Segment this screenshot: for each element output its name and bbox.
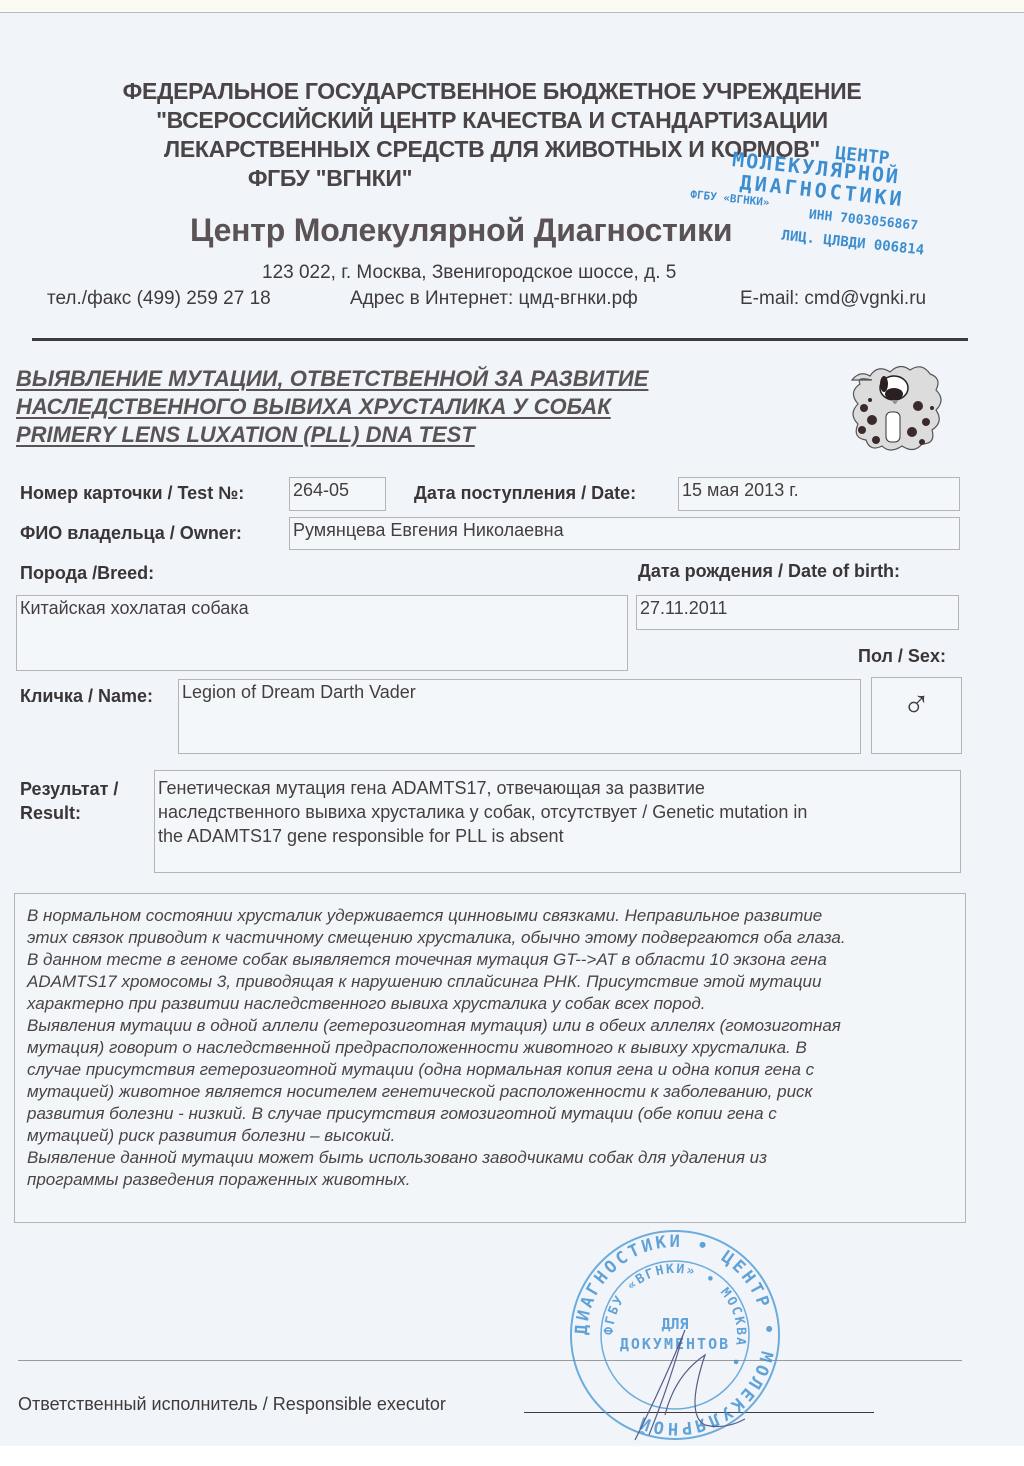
info-line: Выявления мутации в одной аллели (гетеро…: [27, 1016, 841, 1036]
footer-divider: [18, 1360, 962, 1361]
scan-top-edge: [0, 0, 1024, 13]
result-label-2: Result:: [20, 803, 81, 824]
org-line-4: ФГБУ "ВГНКИ": [0, 165, 660, 192]
info-line: Выявление данной мутации может быть испо…: [27, 1148, 767, 1168]
center-stamp: ЦЕНТР МОЛЕКУЛЯРНОЙ ДИАГНОСТИКИ ФГБУ «ВГН…: [690, 140, 960, 270]
header-divider: [32, 338, 968, 341]
round-stamp: ДИАГНОСТИКИ • ЦЕНТР • МОЛЕКУЛЯРНОЙ ФГБУ …: [565, 1225, 785, 1445]
test-no-label: Номер карточки / Test №:: [20, 483, 244, 504]
info-line: этих связок приводит к частичному смещен…: [27, 928, 846, 948]
result-field[interactable]: Генетическая мутация гена ADAMTS17, отве…: [154, 770, 961, 873]
info-line: В данном тесте в геноме собак выявляется…: [27, 950, 827, 970]
info-line: мутацией) риск развития болезни – высоки…: [27, 1126, 395, 1146]
address: 123 022, г. Москва, Звенигородское шоссе…: [262, 262, 676, 284]
result-line-1: Генетическая мутация гена ADAMTS17, отве…: [158, 776, 957, 800]
sex-label: Пол / Sex:: [858, 646, 946, 667]
website-link[interactable]: Адрес в Интернет: цмд-вгнки.рф: [350, 288, 638, 310]
info-line: случае присутствия гетерозиготной мутаци…: [27, 1060, 814, 1080]
svg-text:ИНН 7003056867: ИНН 7003056867: [808, 207, 919, 233]
breed-field[interactable]: Китайская хохлатая собака: [16, 595, 628, 671]
test-no-field[interactable]: 264-05: [289, 477, 386, 511]
scan-bottom-edge: [0, 1446, 1024, 1466]
dob-field[interactable]: 27.11.2011: [636, 595, 959, 630]
result-label-1: Результат /: [20, 779, 118, 800]
sex-field[interactable]: ♂: [871, 677, 962, 754]
dalmatian-logo: [842, 360, 952, 460]
info-line: В нормальном состоянии хрусталик удержив…: [27, 906, 822, 926]
info-line: развития болезни - низкий. В случае прис…: [27, 1104, 777, 1124]
svg-text:ДОКУМЕНТОВ: ДОКУМЕНТОВ: [620, 1335, 730, 1353]
result-line-2: наследственного вывиха хрусталика у соба…: [158, 800, 957, 824]
date-label: Дата поступления / Date:: [414, 483, 636, 504]
phone: тел./факс (499) 259 27 18: [47, 288, 271, 310]
email-link[interactable]: E-mail: cmd@vgnki.ru: [740, 288, 926, 310]
owner-field[interactable]: Румянцева Евгения Николаевна: [289, 517, 960, 550]
test-title-line-2: НАСЛЕДСТВЕННОГО ВЫВИХА ХРУСТАЛИКА У СОБА…: [16, 394, 611, 420]
breed-label: Порода /Breed:: [20, 563, 154, 584]
result-line-3: the ADAMTS17 gene responsible for PLL is…: [158, 824, 957, 848]
info-line: программы разведения пораженных животных…: [27, 1170, 410, 1190]
name-label: Кличка / Name:: [20, 686, 153, 707]
executor-label: Ответственный исполнитель / Responsible …: [18, 1394, 446, 1415]
center-name: Центр Молекулярной Диагностики: [190, 212, 732, 249]
info-line: характерно при развитии наследственного …: [27, 994, 706, 1014]
info-line: мутация) говорит о наследственной предра…: [27, 1038, 807, 1058]
info-line: ADAMTS17 хромосомы 3, приводящая к наруш…: [27, 972, 821, 992]
info-line: мутацией) животное является носителем ге…: [27, 1082, 813, 1102]
date-field[interactable]: 15 мая 2013 г.: [678, 477, 960, 511]
name-field[interactable]: Legion of Dream Darth Vader: [178, 679, 861, 754]
male-symbol-icon: ♂: [902, 684, 931, 726]
test-title-line-1: ВЫЯВЛЕНИЕ МУТАЦИИ, ОТВЕТСТВЕННОЙ ЗА РАЗВ…: [16, 366, 648, 392]
test-title-line-3: PRIMERY LENS LUXATION (PLL) DNA TEST: [16, 422, 475, 448]
info-box: В нормальном состоянии хрусталик удержив…: [14, 893, 966, 1223]
dob-label: Дата рождения / Date of birth:: [638, 561, 900, 582]
org-line-1: ФЕДЕРАЛЬНОЕ ГОСУДАРСТВЕННОЕ БЮДЖЕТНОЕ УЧ…: [0, 78, 984, 105]
org-line-2: "ВСЕРОССИЙСКИЙ ЦЕНТР КАЧЕСТВА И СТАНДАРТ…: [0, 107, 984, 134]
owner-label: ФИО владельца / Owner:: [20, 523, 242, 544]
